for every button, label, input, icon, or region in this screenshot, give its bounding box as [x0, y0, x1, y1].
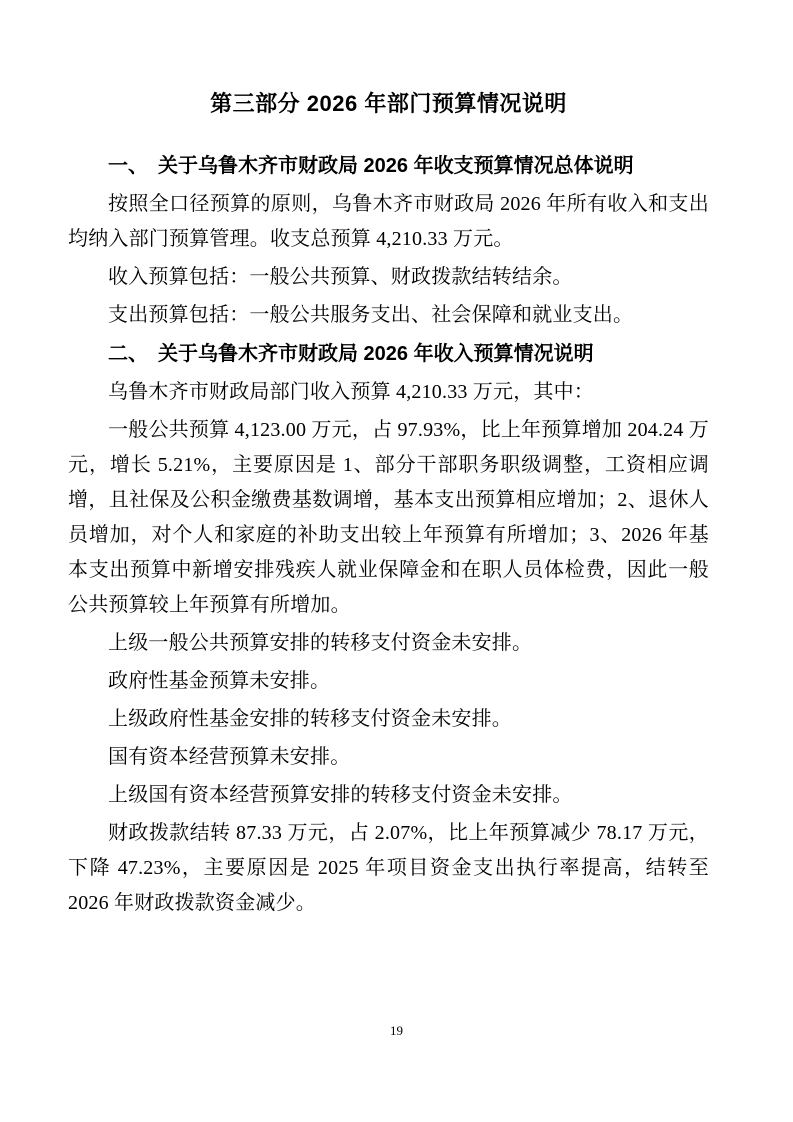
page-number: 19 — [0, 1022, 793, 1040]
paragraph-government-fund: 政府性基金预算未安排。 — [68, 664, 709, 699]
document-title: 第三部分 2026 年部门预算情况说明 — [68, 86, 709, 122]
document-page: 第三部分 2026 年部门预算情况说明 一、 关于乌鲁木齐市财政局 2026 年… — [0, 0, 793, 1122]
paragraph-income-total: 乌鲁木齐市财政局部门收入预算 4,210.33 万元，其中： — [68, 375, 709, 410]
paragraph-superior-state-capital-transfer: 上级国有资本经营预算安排的转移支付资金未安排。 — [68, 778, 709, 813]
paragraph-state-capital-budget: 国有资本经营预算未安排。 — [68, 740, 709, 775]
paragraph-superior-government-fund-transfer: 上级政府性基金安排的转移支付资金未安排。 — [68, 702, 709, 737]
paragraph-expenditure-budget-scope: 支出预算包括：一般公共服务支出、社会保障和就业支出。 — [68, 298, 709, 333]
paragraph-carryover-funds: 财政拨款结转 87.33 万元，占 2.07%，比上年预算减少 78.17 万元… — [68, 816, 709, 921]
paragraph-superior-general-transfer: 上级一般公共预算安排的转移支付资金未安排。 — [68, 626, 709, 661]
section-2-heading: 二、 关于乌鲁木齐市财政局 2026 年收入预算情况说明 — [68, 336, 709, 372]
section-1-heading: 一、 关于乌鲁木齐市财政局 2026 年收支预算情况总体说明 — [68, 148, 709, 184]
paragraph-income-budget-scope: 收入预算包括：一般公共预算、财政拨款结转结余。 — [68, 260, 709, 295]
paragraph-overall-budget: 按照全口径预算的原则，乌鲁木齐市财政局 2026 年所有收入和支出均纳入部门预算… — [68, 187, 709, 257]
paragraph-general-public-budget-detail: 一般公共预算 4,123.00 万元，占 97.93%，比上年预算增加 204.… — [68, 413, 709, 623]
